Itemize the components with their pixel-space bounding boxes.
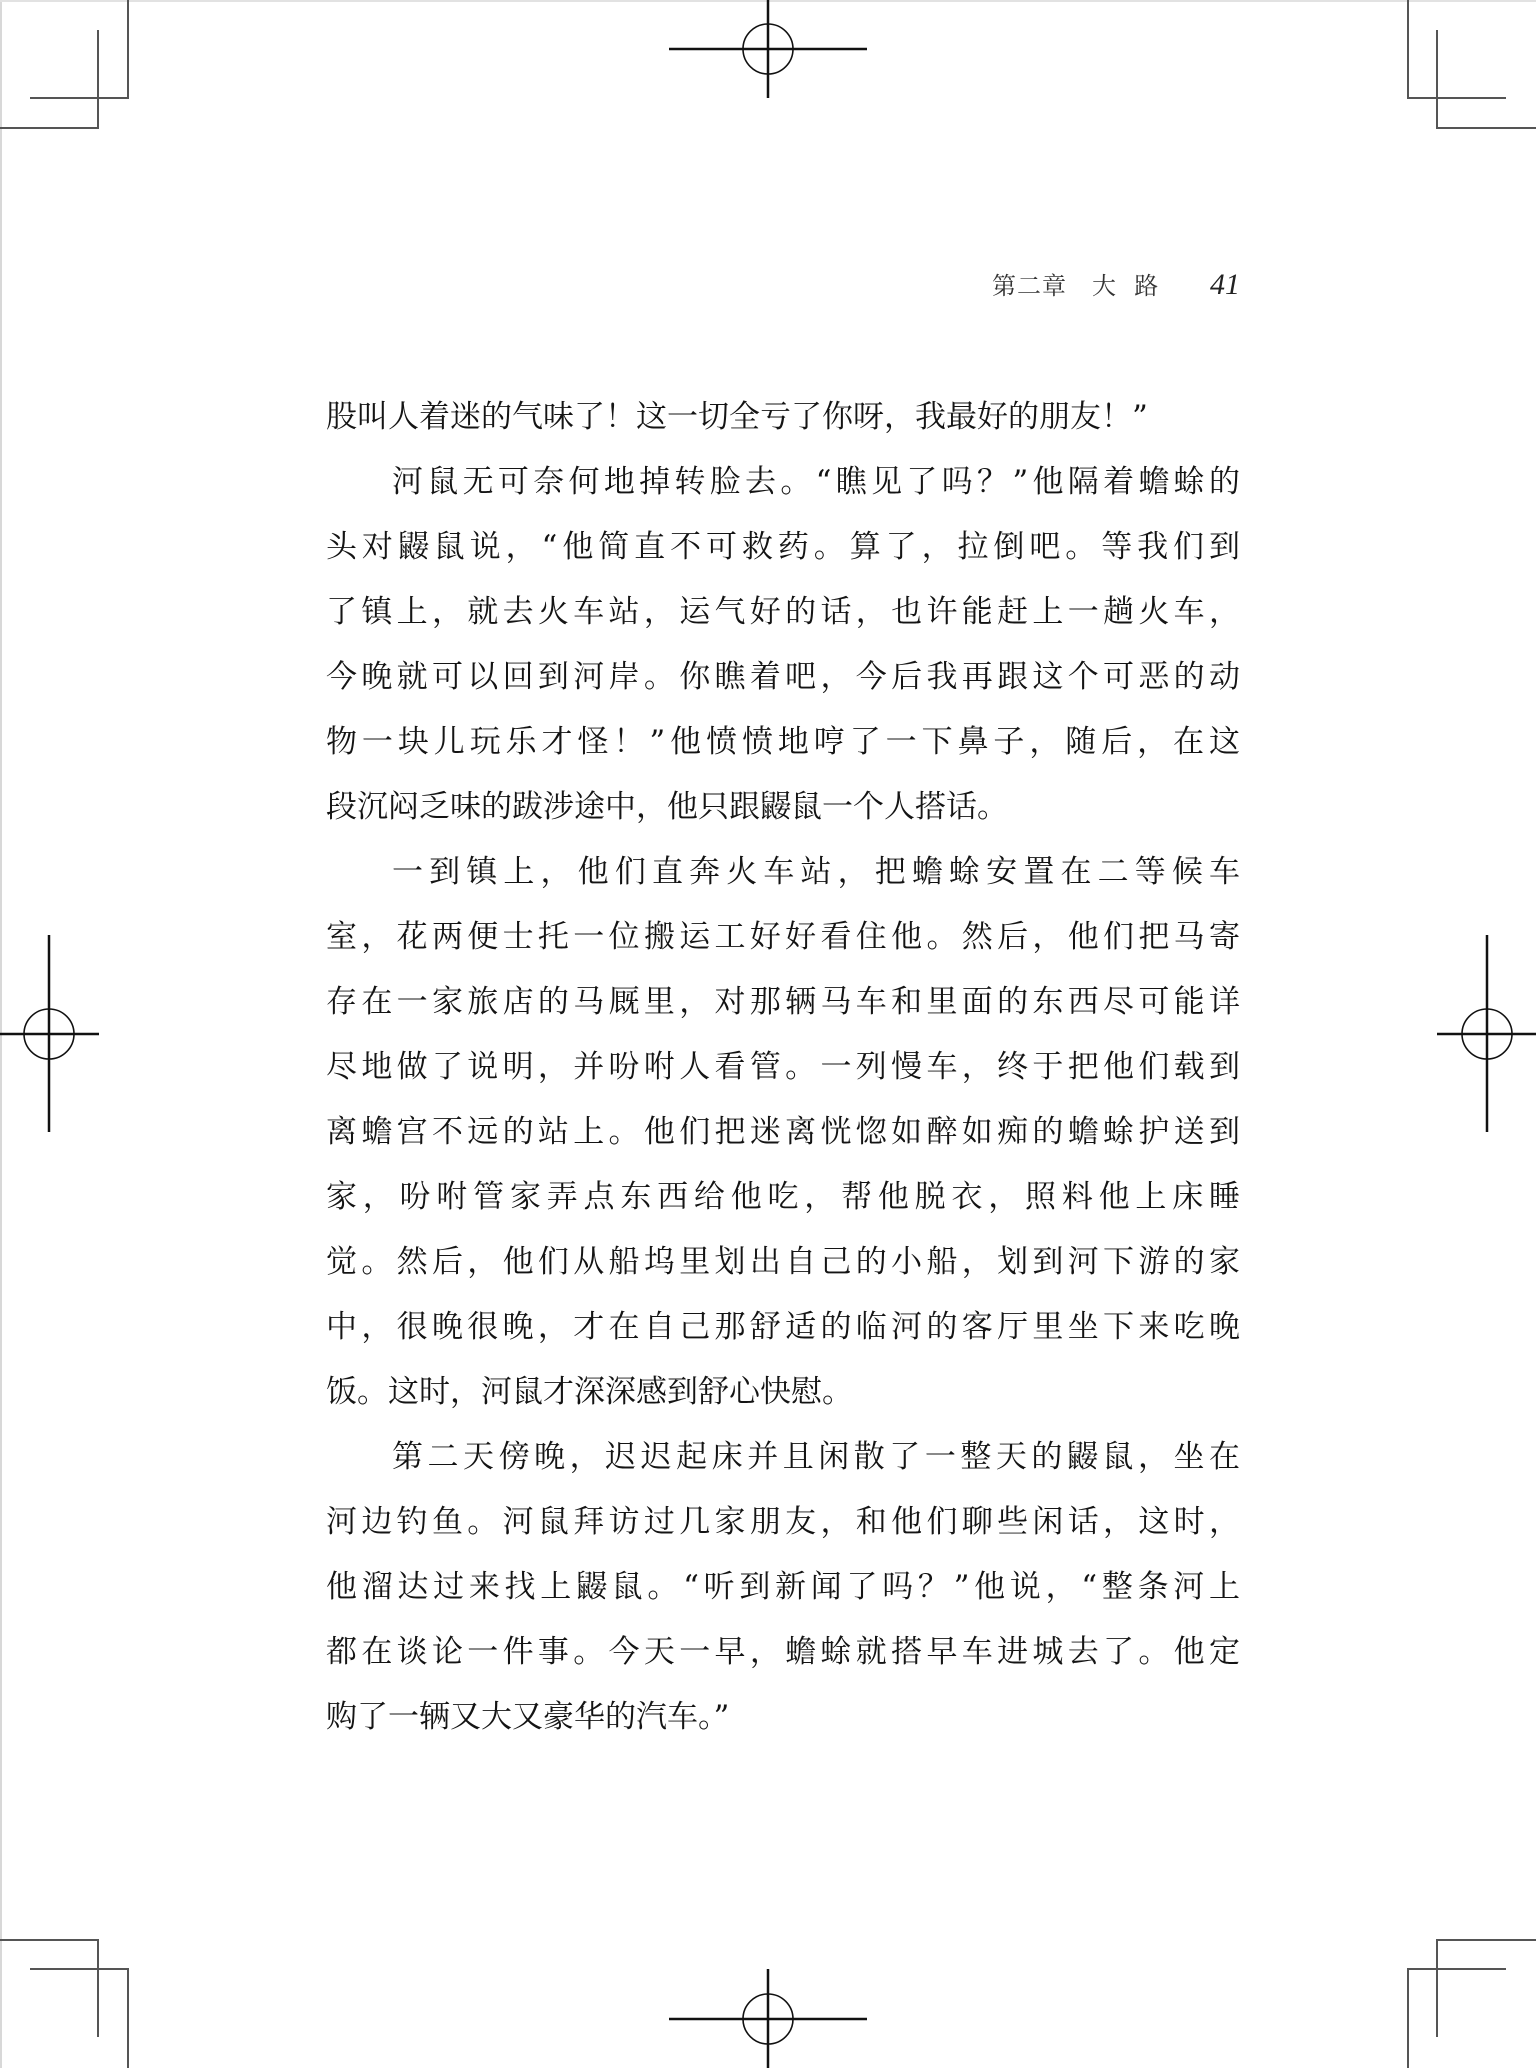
registration-mark-right — [1437, 935, 1536, 1132]
page-number: 41 — [1210, 268, 1240, 302]
text-line: 室，花两便士托一位搬运工好好看住他。然后，他们把马寄 — [326, 905, 1240, 970]
book-page: 第二章 大 路 41 股叫人着迷的气味了！这一切全亏了你呀，我最好的朋友！” 河… — [0, 0, 1536, 2068]
registration-mark-left — [0, 935, 99, 1132]
text-line: 河鼠无可奈何地掉转脸去。“瞧见了吗？”他隔着蟾蜍的 — [326, 450, 1240, 515]
crop-mark-bottom-right — [1408, 1940, 1536, 2068]
text-line: 今晚就可以回到河岸。你瞧着吧，今后我再跟这个可恶的动 — [326, 645, 1240, 710]
text-line: 家，吩咐管家弄点东西给他吃，帮他脱衣，照料他上床睡 — [326, 1165, 1240, 1230]
text-line: 中，很晚很晚，才在自己那舒适的临河的客厅里坐下来吃晚 — [326, 1295, 1240, 1360]
body-text: 股叫人着迷的气味了！这一切全亏了你呀，我最好的朋友！” 河鼠无可奈何地掉转脸去。… — [326, 385, 1240, 1750]
text-line: 一到镇上，他们直奔火车站，把蟾蜍安置在二等候车 — [326, 840, 1240, 905]
registration-mark-bottom — [669, 1969, 867, 2068]
text-line: 头对鼹鼠说，“他简直不可救药。算了，拉倒吧。等我们到 — [326, 515, 1240, 580]
text-line: 股叫人着迷的气味了！这一切全亏了你呀，我最好的朋友！” — [326, 385, 1240, 450]
crop-mark-top-left — [0, 0, 128, 128]
text-line: 存在一家旅店的马厩里，对那辆马车和里面的东西尽可能详 — [326, 970, 1240, 1035]
crop-mark-top-right — [1408, 0, 1536, 128]
registration-mark-top — [669, 0, 867, 98]
text-line: 他溜达过来找上鼹鼠。“听到新闻了吗？”他说，“整条河上 — [326, 1555, 1240, 1620]
text-line: 饭。这时，河鼠才深深感到舒心快慰。 — [326, 1360, 1240, 1425]
text-line: 物一块儿玩乐才怪！”他愤愤地哼了一下鼻子，随后，在这 — [326, 710, 1240, 775]
text-line: 了镇上，就去火车站，运气好的话，也许能赶上一趟火车， — [326, 580, 1240, 645]
text-line: 段沉闷乏味的跋涉途中，他只跟鼹鼠一个人搭话。 — [326, 775, 1240, 840]
text-line: 河边钓鱼。河鼠拜访过几家朋友，和他们聊些闲话，这时， — [326, 1490, 1240, 1555]
crop-mark-bottom-left — [0, 1940, 128, 2068]
text-line: 觉。然后，他们从船坞里划出自己的小船，划到河下游的家 — [326, 1230, 1240, 1295]
running-head-chapter: 第二章 大 路 — [992, 270, 1159, 302]
text-line: 离蟾宫不远的站上。他们把迷离恍惚如醉如痴的蟾蜍护送到 — [326, 1100, 1240, 1165]
text-line: 尽地做了说明，并吩咐人看管。一列慢车，终于把他们载到 — [326, 1035, 1240, 1100]
text-line: 都在谈论一件事。今天一早，蟾蜍就搭早车进城去了。他定 — [326, 1620, 1240, 1685]
text-line: 第二天傍晚，迟迟起床并且闲散了一整天的鼹鼠，坐在 — [326, 1425, 1240, 1490]
text-line: 购了一辆又大又豪华的汽车。” — [326, 1685, 1240, 1750]
